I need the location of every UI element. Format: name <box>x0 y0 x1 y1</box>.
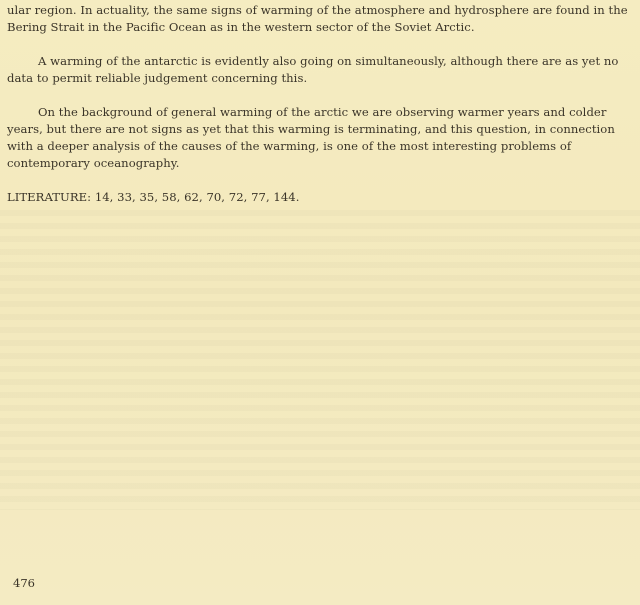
literature-references: LITERATURE: 14, 33, 35, 58, 62, 70, 72, … <box>7 189 635 206</box>
body-text: ular region. In actuality, the same sign… <box>7 2 635 223</box>
document-page: ular region. In actuality, the same sign… <box>0 0 640 605</box>
paragraph-antarctic: A warming of the antarctic is evidently … <box>7 53 635 87</box>
paragraph-arctic-warming: On the background of general warming of … <box>7 104 635 172</box>
show-through-text <box>0 210 640 510</box>
paragraph-continuation: ular region. In actuality, the same sign… <box>7 2 635 36</box>
page-number: 476 <box>13 576 35 590</box>
